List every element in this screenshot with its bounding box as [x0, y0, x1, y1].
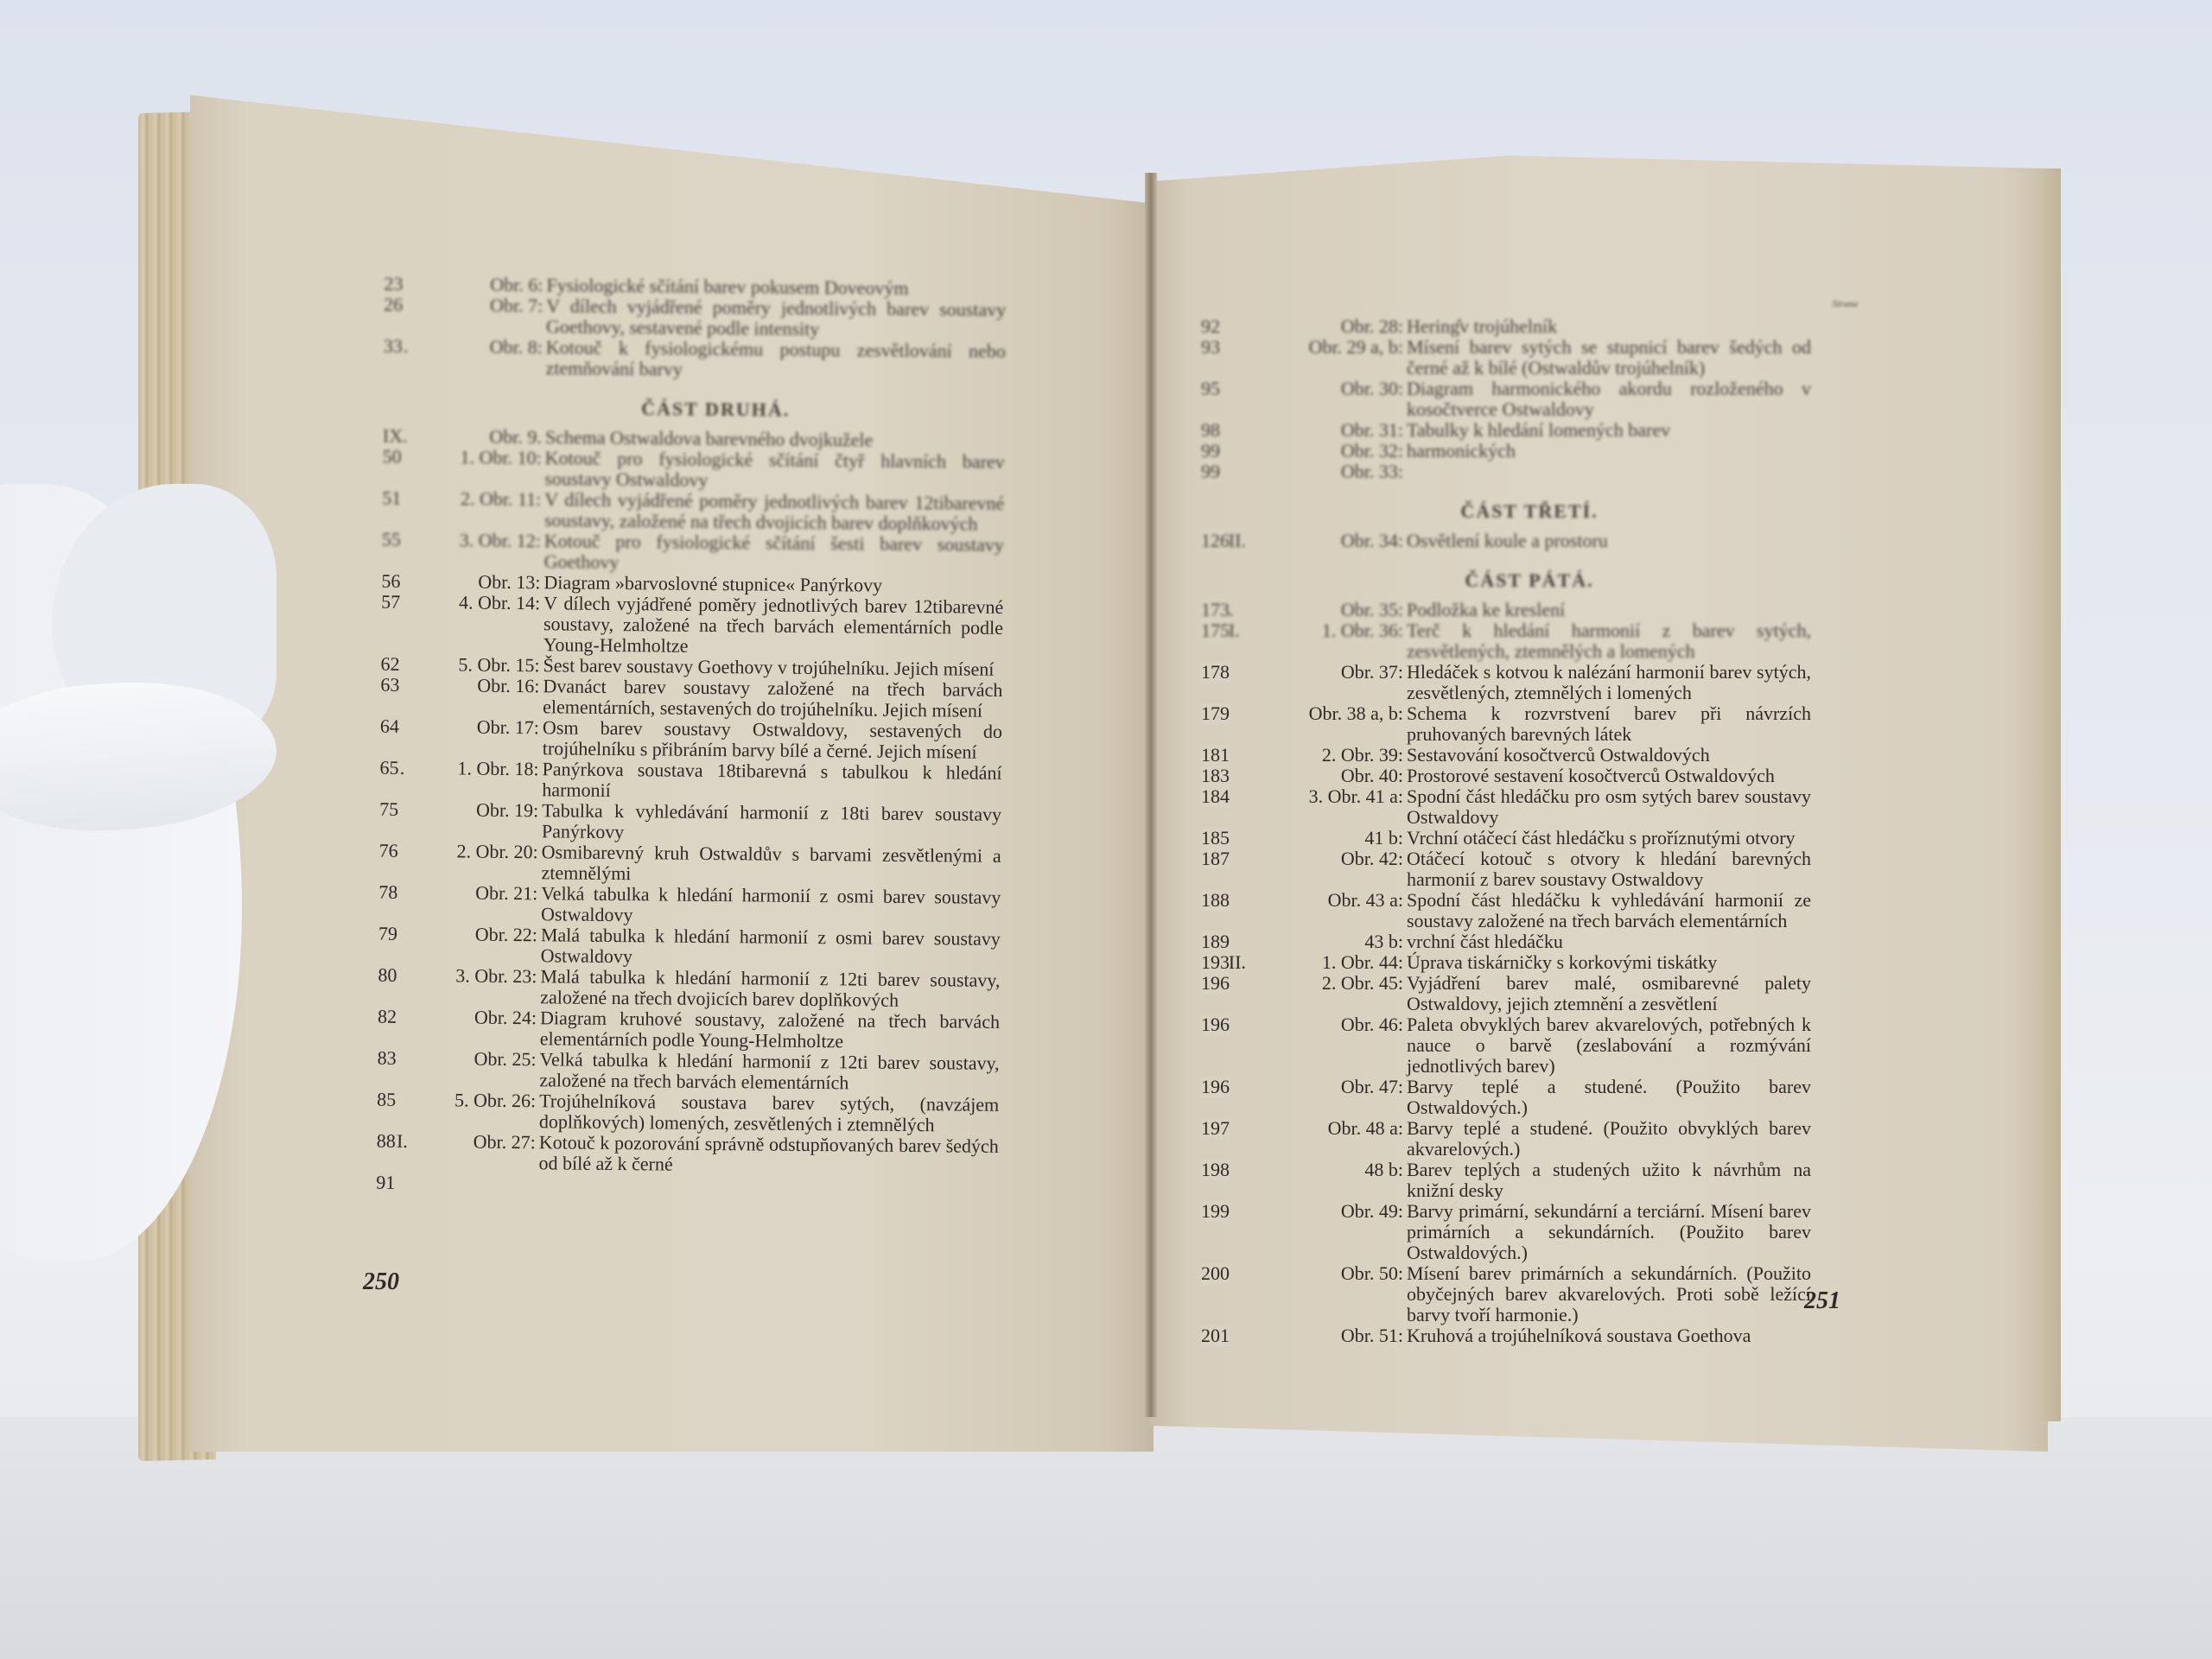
- left-figure-list: Obr. 6:Fysiologické sčítání barev pokuse…: [376, 274, 1049, 1179]
- figure-entry: Obr. 43 a:Spodní část hledáčku k vyhledá…: [1201, 890, 1858, 931]
- figure-label: 3. Obr. 41 a:: [1274, 786, 1403, 828]
- figure-title: Kotouč pro fysiologické sčítání šesti ba…: [544, 531, 1004, 576]
- page-ref: 187: [1201, 849, 1230, 869]
- section-heading: ČÁST DRUHÁ.: [383, 397, 1048, 423]
- figure-title: Kotouč k fysiologickému postupu zesvětlo…: [545, 337, 1005, 383]
- page-ref: 193: [1201, 952, 1230, 973]
- page-ref: 184: [1201, 786, 1230, 807]
- page-ref: 23: [384, 274, 403, 295]
- figure-entry: XII.Obr. 27:Kotouč k pozorování správně …: [376, 1131, 1041, 1179]
- page-ref: 63: [380, 675, 399, 696]
- page-ref: 179: [1201, 703, 1230, 724]
- figure-title: Osvětlení koule a prostoru: [1407, 531, 1811, 551]
- figure-title: Malá tabulka k hledání harmonií z 12ti b…: [540, 966, 1000, 1012]
- figure-label: 43 b:: [1274, 931, 1403, 952]
- figure-label: 3. Obr. 23:: [442, 965, 537, 1007]
- figure-label: Obr. 22:: [442, 924, 537, 966]
- figure-label: Obr. 49:: [1274, 1201, 1403, 1263]
- figure-title: Osm barev soustavy Ostwaldovy, sestavený…: [543, 717, 1002, 763]
- figure-title: Velká tabulka k hledání harmonií z osmi …: [541, 883, 1001, 929]
- table-surface: [0, 1417, 2212, 1659]
- figure-label: 1. Obr. 36:: [1274, 620, 1403, 662]
- figure-label: 3. Obr. 12:: [446, 530, 541, 572]
- page-ref: 198: [1201, 1160, 1230, 1180]
- figure-label: Obr. 32:: [1274, 441, 1403, 461]
- page-ref: 55: [382, 530, 401, 550]
- page-ref: 200: [1201, 1263, 1230, 1284]
- figure-title: Sestavování kosočtverců Ostwaldových: [1407, 745, 1811, 766]
- figure-title: Barvy primární, sekundární a terciární. …: [1407, 1201, 1811, 1263]
- figure-label: Obr. 6:: [448, 274, 543, 296]
- figure-entry: XX.Obr. 35:Podložka ke kreslení173: [1201, 600, 1858, 620]
- book-cover-edge: [2035, 168, 2061, 1421]
- figure-label: Obr. 7:: [448, 295, 543, 337]
- figure-label: 5. Obr. 15:: [445, 654, 540, 676]
- figure-label: Obr. 9.: [447, 426, 542, 448]
- page-ref: 51: [382, 488, 401, 509]
- page-ref: 99: [1201, 461, 1220, 482]
- section-heading: ČÁST PÁTÁ.: [1201, 570, 1858, 591]
- figure-label: Obr. 34:: [1274, 531, 1403, 551]
- figure-entry: V.Obr. 7:V dílech vyjádřené poměry jedno…: [384, 295, 1049, 342]
- figure-label: Obr. 37:: [1274, 662, 1403, 703]
- figure-entry: Obr. 22:Malá tabulka k hledání harmonií …: [378, 924, 1044, 971]
- figure-entry: XXII.1. Obr. 44:Úprava tiskárničky s kor…: [1201, 952, 1858, 973]
- figure-label: Obr. 51:: [1274, 1325, 1403, 1346]
- figure-title: Velká tabulka k hledání harmonií z 12ti …: [539, 1049, 999, 1095]
- figure-entry: Obr. 24:Diagram kruhové soustavy, založe…: [378, 1007, 1043, 1054]
- figure-label: 48 b:: [1274, 1160, 1403, 1201]
- figure-label: Obr. 24:: [442, 1007, 537, 1049]
- figure-entry: Obr. 21:Velká tabulka k hledání harmonií…: [378, 882, 1044, 930]
- page-ref: 82: [378, 1007, 397, 1027]
- figure-entry: Obr. 28:Hering̊v trojúhelník92: [1201, 316, 1858, 337]
- page-ref: 62: [381, 654, 400, 675]
- figure-title: Paleta obvyklých barev akvarelových, pot…: [1407, 1014, 1811, 1077]
- figure-label: Obr. 29 a, b:: [1274, 337, 1403, 378]
- page-ref: 80: [378, 965, 397, 986]
- page-ref: 178: [1201, 662, 1230, 683]
- figure-title: Kotouč k pozorování správně odstupňovaný…: [538, 1132, 998, 1178]
- figure-entry: Obr. 50:Mísení barev primárních a sekund…: [1201, 1263, 1858, 1325]
- figure-entry: XXI.1. Obr. 36:Terč k hledání harmonií z…: [1201, 620, 1858, 662]
- figure-label: 2. Obr. 45:: [1274, 973, 1403, 1014]
- page-ref: 181: [1201, 745, 1230, 766]
- figure-label: Obr. 21:: [442, 882, 537, 925]
- figure-title: V dílech vyjádřené poměry jednotlivých b…: [543, 593, 1004, 659]
- figure-title: Barvy teplé a studené. (Použito obvyklýc…: [1407, 1118, 1811, 1160]
- page-ref: 189: [1201, 931, 1230, 952]
- figure-title: Kotouč pro fysiologické sčítání čtyř hla…: [544, 448, 1004, 493]
- page-number-left: 250: [363, 1268, 399, 1296]
- figure-entry: Obr. 29 a, b:Mísení barev sytých se stup…: [1201, 337, 1858, 378]
- page-ref: 183: [1201, 766, 1230, 786]
- figure-entry: Obr. 46:Paleta obvyklých barev akvarelov…: [1201, 1014, 1858, 1077]
- figure-entry: 2. Obr. 39:Sestavování kosočtverců Ostwa…: [1201, 745, 1858, 766]
- figure-label: Obr. 19:: [443, 799, 538, 842]
- page-ref: 196: [1201, 973, 1230, 994]
- figure-label: Obr. 48 a:: [1274, 1118, 1403, 1160]
- figure-title: Schema k rozvrstvení barev při návrzích …: [1407, 703, 1811, 745]
- page-ref: 92: [1201, 316, 1220, 337]
- figure-label: Obr. 38 a, b:: [1274, 703, 1403, 745]
- page-ref: 88: [377, 1131, 396, 1152]
- figure-label: Obr. 50:: [1274, 1263, 1403, 1325]
- figure-label: Obr. 33:: [1274, 461, 1403, 482]
- figure-title: harmonických: [1407, 441, 1811, 461]
- page-ref: 199: [1201, 1201, 1230, 1222]
- figure-label: Obr. 30:: [1274, 378, 1403, 420]
- figure-title: Diagram kruhové soustavy, založené na tř…: [540, 1007, 1000, 1053]
- figure-entry: Obr. 32:harmonických99: [1201, 441, 1858, 461]
- page-ref: 175: [1201, 620, 1230, 641]
- page-ref: 78: [378, 882, 397, 903]
- figure-label: Obr. 28:: [1274, 316, 1403, 337]
- page-ref: 91: [376, 1173, 395, 1193]
- figure-entry: Obr. 42:Otáčecí kotouč s otvory k hledán…: [1201, 849, 1858, 890]
- figure-title: Dvanáct barev soustavy založené na třech…: [543, 676, 1002, 721]
- page-ref: 95: [1201, 378, 1220, 399]
- page-ref: 76: [379, 841, 398, 861]
- page-column-header: Strana: [1201, 294, 1858, 315]
- figure-title: Tabulky k hledání lomených barev: [1407, 420, 1811, 441]
- figure-entry: Obr. 33:99: [1201, 461, 1858, 482]
- figure-entry: Obr. 40:Prostorové sestavení kosočtverců…: [1201, 766, 1858, 786]
- figure-label: Obr. 42:: [1274, 849, 1403, 890]
- figure-entry: 5. Obr. 26:Trojúhelníková soustava barev…: [377, 1090, 1042, 1137]
- figure-title: Podložka ke kreslení: [1407, 600, 1811, 620]
- figure-label: Obr. 8:: [448, 336, 543, 378]
- page-ref: 173: [1201, 600, 1230, 620]
- figure-title: Diagram harmonického akordu rozloženého …: [1407, 378, 1811, 420]
- figure-label: Obr. 43 a:: [1274, 890, 1403, 931]
- figure-entry: Obr. 51:Kruhová a trojúhelníková soustav…: [1201, 1325, 1858, 1346]
- figure-entry: 1. Obr. 10:Kotouč pro fysiologické sčítá…: [382, 447, 1047, 494]
- figure-label: Obr. 27:: [440, 1131, 535, 1173]
- figure-entry: XI.1. Obr. 18:Panýrkova soustava 18tibar…: [379, 758, 1045, 805]
- figure-label: 1. Obr. 18:: [443, 758, 538, 800]
- figure-label: Obr. 17:: [444, 716, 539, 759]
- figure-title: Hledáček s kotvou k nalézání harmonií ba…: [1407, 662, 1811, 703]
- figure-entry: XVII.Obr. 34:Osvětlení koule a prostoru1…: [1201, 531, 1858, 551]
- figure-entry: 41 b:Vrchní otáčecí část hledáčku s proř…: [1201, 828, 1858, 849]
- figure-entry: 2. Obr. 11:V dílech vyjádřené poměry jed…: [382, 488, 1047, 536]
- figure-entry: Obr. 47:Barvy teplé a studené. (Použito …: [1201, 1077, 1858, 1118]
- figure-entry: Obr. 49:Barvy primární, sekundární a ter…: [1201, 1201, 1858, 1263]
- figure-label: 1. Obr. 10:: [446, 447, 541, 489]
- figure-entry: Obr. 19:Tabulka k vyhledávání harmonií z…: [379, 799, 1045, 847]
- figure-label: 2. Obr. 20:: [442, 841, 537, 883]
- page-ref: 188: [1201, 890, 1230, 911]
- page-ref: 50: [383, 447, 402, 467]
- figure-title: Tabulka k vyhledávání harmonií z 18ti ba…: [542, 800, 1001, 846]
- figure-title: Hering̊v trojúhelník: [1407, 316, 1811, 337]
- figure-label: Obr. 35:: [1274, 600, 1403, 620]
- page-ref: 64: [380, 716, 399, 737]
- figure-title: Spodní část hledáčku pro osm sytých bare…: [1407, 786, 1811, 828]
- page-ref: 197: [1201, 1118, 1230, 1139]
- figure-label: 2. Obr. 11:: [446, 488, 541, 531]
- figure-title: V dílech vyjádřené poměry jednotlivých b…: [544, 489, 1004, 535]
- page-ref: 85: [377, 1090, 396, 1110]
- figure-label: 1. Obr. 44:: [1274, 952, 1403, 973]
- figure-title: Otáčecí kotouč s otvory k hledání barevn…: [1407, 849, 1811, 890]
- page-ref: 196: [1201, 1014, 1230, 1035]
- section-heading: ČÁST TŘETÍ.: [1201, 501, 1858, 522]
- figure-label: Obr. 16:: [444, 675, 539, 717]
- figure-label: Obr. 13:: [445, 571, 540, 593]
- figure-label: Obr. 47:: [1274, 1077, 1403, 1118]
- figure-label: Obr. 46:: [1274, 1014, 1403, 1077]
- figure-title: Vrchní otáčecí část hledáčku s proříznut…: [1407, 828, 1811, 849]
- figure-entry: VI.Obr. 8:Kotouč k fysiologickému postup…: [384, 336, 1049, 384]
- figure-entry: Obr. 16:Dvanáct barev soustavy založené …: [380, 675, 1046, 722]
- figure-entry: Obr. 48 a:Barvy teplé a studené. (Použit…: [1201, 1118, 1858, 1160]
- page-ref: 75: [379, 799, 398, 820]
- figure-entry: 43 b:vrchní část hledáčku189: [1201, 931, 1858, 952]
- figure-title: V dílech vyjádřené poměry jednotlivých b…: [546, 296, 1006, 341]
- figure-label: 2. Obr. 39:: [1274, 745, 1403, 766]
- figure-label: 4. Obr. 14:: [445, 592, 541, 655]
- figure-title: Trojúhelníková soustava barev sytých, (n…: [539, 1090, 999, 1136]
- figure-label: Obr. 25:: [441, 1048, 536, 1090]
- figure-title: [1407, 461, 1811, 482]
- figure-entry: 2. Obr. 45:Vyjádření barev malé, osmibar…: [1201, 973, 1858, 1014]
- figure-entry: Obr. 25:Velká tabulka k hledání harmonií…: [377, 1048, 1042, 1096]
- figure-entry: Obr. 37:Hledáček s kotvou k nalézání har…: [1201, 662, 1858, 703]
- figure-label: Obr. 40:: [1274, 766, 1403, 786]
- figure-label: 5. Obr. 26:: [441, 1090, 536, 1132]
- figure-entry: Obr. 17:Osm barev soustavy Ostwaldovy, s…: [380, 716, 1046, 764]
- page-ref: 79: [378, 924, 397, 944]
- figure-title: Mísení barev sytých se stupnicí barev še…: [1407, 337, 1811, 378]
- page-ref: 33: [384, 336, 403, 357]
- page-number-right: 251: [1804, 1287, 1840, 1315]
- figure-entry: 3. Obr. 12:Kotouč pro fysiologické sčítá…: [382, 530, 1047, 577]
- figure-title: Spodní část hledáčku k vyhledávání harmo…: [1407, 890, 1811, 931]
- book-gutter: [1145, 173, 1157, 1417]
- figure-entry: 3. Obr. 41 a:Spodní část hledáčku pro os…: [1201, 786, 1858, 828]
- page-ref: 201: [1201, 1325, 1230, 1346]
- figure-title: Barvy teplé a studené. (Použito barev Os…: [1407, 1077, 1811, 1118]
- figure-title: Malá tabulka k hledání harmonií z osmi b…: [541, 925, 1001, 970]
- figure-label: 41 b:: [1274, 828, 1403, 849]
- figure-entry: 3. Obr. 23:Malá tabulka k hledání harmon…: [378, 965, 1043, 1013]
- figure-title: Kruhová a trojúhelníková soustava Goetho…: [1407, 1325, 1811, 1346]
- figure-entry: 4. Obr. 14:V dílech vyjádřené poměry jed…: [381, 592, 1047, 660]
- page-ref: 196: [1201, 1077, 1230, 1097]
- page-ref: 93: [1201, 337, 1220, 358]
- page-ref: 56: [381, 571, 400, 592]
- page-ref: 185: [1201, 828, 1230, 849]
- figure-entry: Obr. 31:Tabulky k hledání lomených barev…: [1201, 420, 1858, 441]
- page-ref: 98: [1201, 420, 1220, 441]
- figure-title: Barev teplých a studených užito k návrhů…: [1407, 1160, 1811, 1201]
- figure-entry: 2. Obr. 20:Osmibarevný kruh Ostwaldův s …: [378, 841, 1044, 888]
- page-ref: 126: [1201, 531, 1230, 551]
- page-ref: 99: [1201, 441, 1220, 461]
- right-figure-list: StranaObr. 28:Hering̊v trojúhelník92Obr.…: [1201, 294, 1858, 1346]
- figure-title: vrchní část hledáčku: [1407, 931, 1811, 952]
- page-ref: 57: [381, 592, 400, 613]
- figure-label: Obr. 31:: [1274, 420, 1403, 441]
- figure-entry: Obr. 30:Diagram harmonického akordu rozl…: [1201, 378, 1858, 420]
- page-ref: 83: [378, 1048, 397, 1069]
- figure-title: Mísení barev primárních a sekundárních. …: [1407, 1263, 1811, 1325]
- figure-title: Úprava tiskárničky s korkovými tiskátky: [1407, 952, 1811, 973]
- figure-title: Panýrkova soustava 18tibarevná s tabulko…: [542, 759, 1001, 804]
- chapter-number: IX.: [383, 426, 443, 448]
- figure-title: Prostorové sestavení kosočtverců Ostwald…: [1407, 766, 1811, 786]
- figure-title: Osmibarevný kruh Ostwaldův s barvami zes…: [541, 842, 1001, 887]
- page-ref: 65: [379, 758, 398, 779]
- figure-entry: 48 b:Barev teplých a studených užito k n…: [1201, 1160, 1858, 1201]
- figure-entry: Obr. 38 a, b:Schema k rozvrstvení barev …: [1201, 703, 1858, 745]
- page-ref: 26: [384, 295, 403, 315]
- figure-title: Terč k hledání harmonií z barev sytých, …: [1407, 620, 1811, 662]
- figure-title: Vyjádření barev malé, osmibarevné palety…: [1407, 973, 1811, 1014]
